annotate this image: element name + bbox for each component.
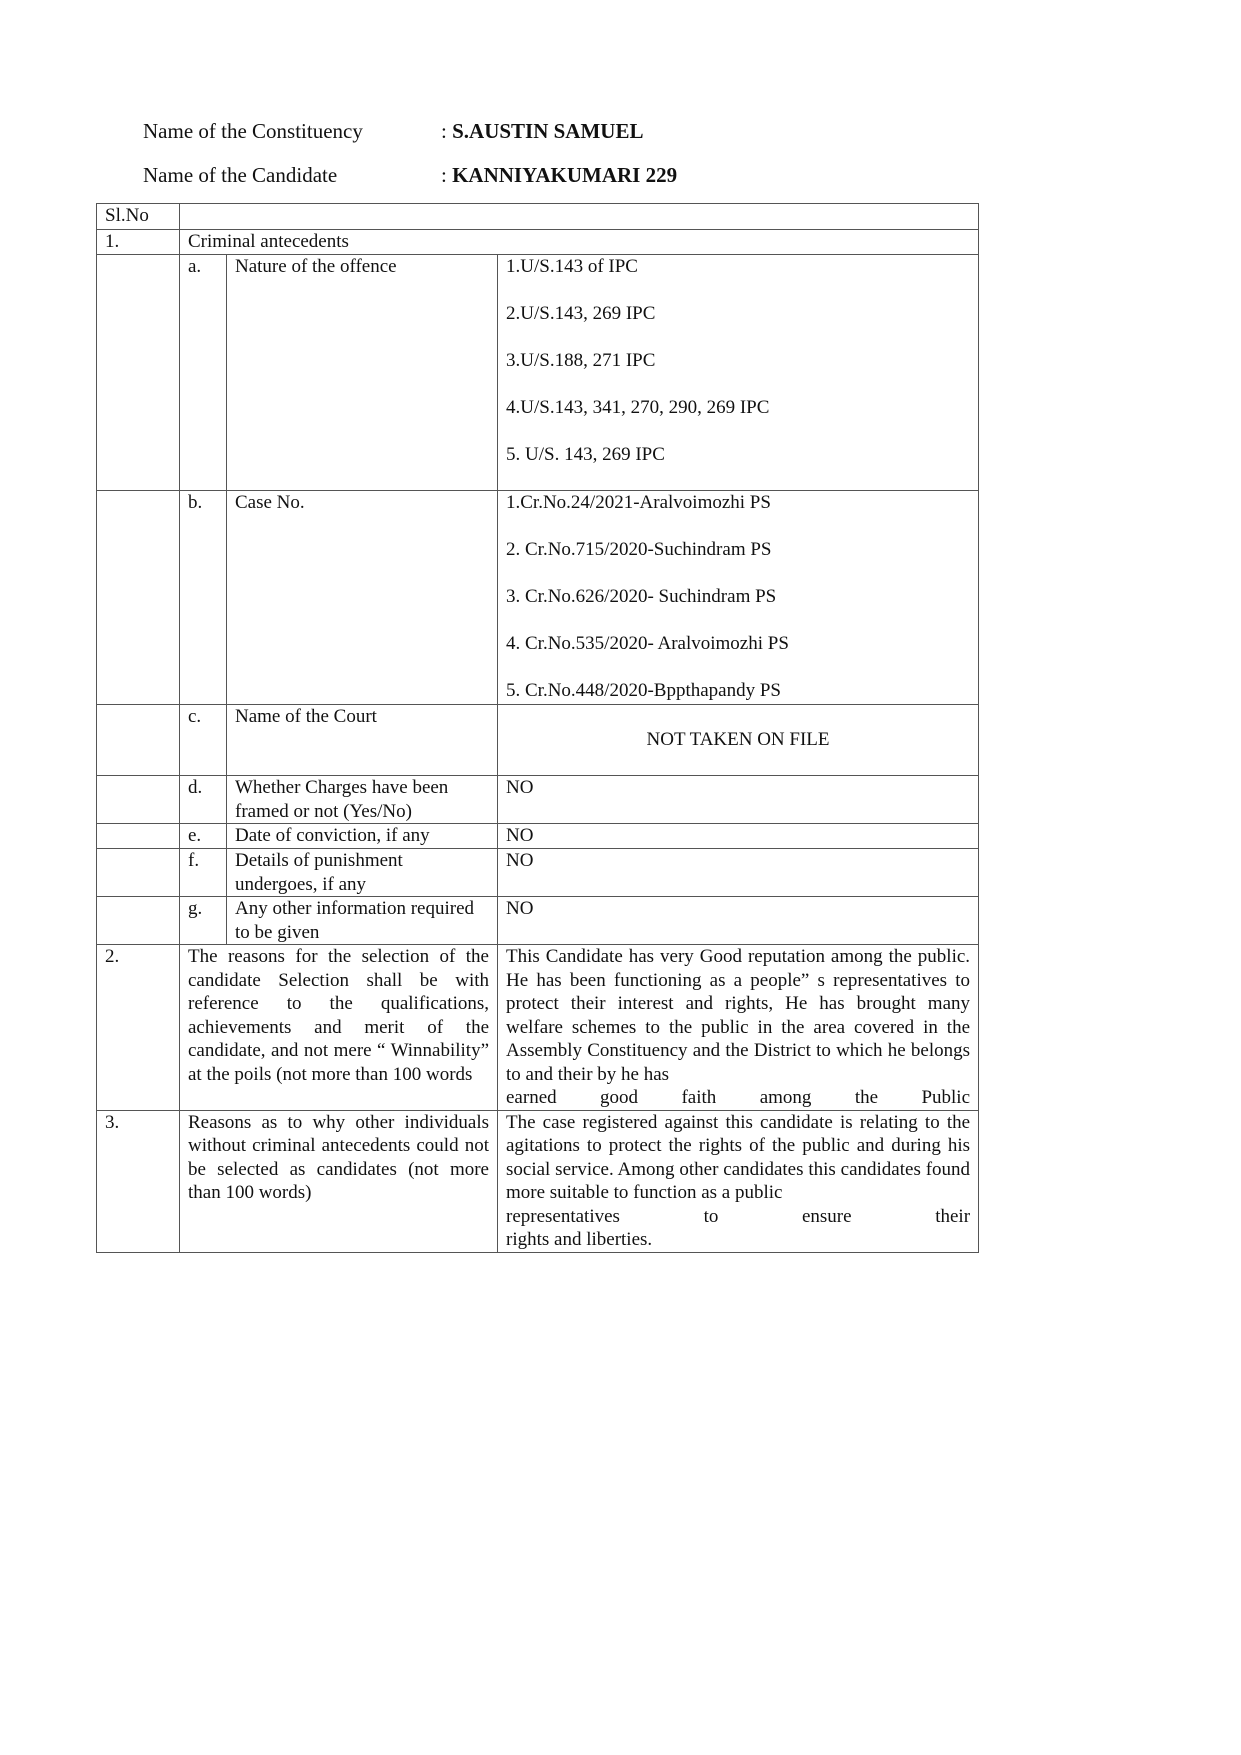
offence-list: 1.U/S.143 of IPC 2.U/S.143, 269 IPC 3.U/… xyxy=(498,255,979,491)
section3-answer-last-line: rights and liberties. xyxy=(506,1228,970,1252)
antecedents-table: Sl.No 1. Criminal antecedents a. Nature … xyxy=(96,203,979,1253)
item-label: Date of conviction, if any xyxy=(227,824,498,849)
section2-answer-last-line: earned good faith among the Public xyxy=(506,1086,970,1110)
item-value: NO xyxy=(498,897,979,945)
table-row: g. Any other information required to be … xyxy=(97,897,979,945)
section1-number: 1. xyxy=(97,230,180,255)
list-item: 4.U/S.143, 341, 270, 290, 269 IPC xyxy=(506,396,970,420)
list-item: 5. Cr.No.448/2020-Bppthapandy PS xyxy=(506,679,970,703)
list-item: 4. Cr.No.535/2020- Aralvoimozhi PS xyxy=(506,632,970,656)
case-list: 1.Cr.No.24/2021-Aralvoimozhi PS 2. Cr.No… xyxy=(498,491,979,705)
slno-header: Sl.No xyxy=(97,204,180,230)
item-label: Any other information required to be giv… xyxy=(227,897,498,945)
table-row: f. Details of punishment undergoes, if a… xyxy=(97,849,979,897)
table-row: d. Whether Charges have been framed or n… xyxy=(97,776,979,824)
list-item: 2. Cr.No.715/2020-Suchindram PS xyxy=(506,538,970,562)
table-row: e. Date of conviction, if any NO xyxy=(97,824,979,849)
section3-answer-text: The case registered against this candida… xyxy=(506,1111,970,1205)
court-value: NOT TAKEN ON FILE xyxy=(498,705,979,776)
candidate-value: : KANNIYAKUMARI 229 xyxy=(441,163,677,187)
item-letter: c. xyxy=(180,705,227,776)
section1-title: Criminal antecedents xyxy=(180,230,979,255)
section2-question: The reasons for the selection of the can… xyxy=(180,945,498,1111)
list-item: 1.U/S.143 of IPC xyxy=(506,255,970,279)
table-header-row: Sl.No xyxy=(97,204,979,230)
section1-row: 1. Criminal antecedents xyxy=(97,230,979,255)
item-value: NO xyxy=(498,824,979,849)
item-letter: a. xyxy=(180,255,227,491)
section3-answer: The case registered against this candida… xyxy=(498,1110,979,1252)
item-letter: g. xyxy=(180,897,227,945)
item-label: Whether Charges have been framed or not … xyxy=(227,776,498,824)
item-value: NO xyxy=(498,849,979,897)
item-label: Nature of the offence xyxy=(227,255,498,491)
item-letter: d. xyxy=(180,776,227,824)
section3-row: 3. Reasons as to why other individuals w… xyxy=(97,1110,979,1252)
section2-number: 2. xyxy=(97,945,180,1111)
item-letter: b. xyxy=(180,491,227,705)
table-row: a. Nature of the offence 1.U/S.143 of IP… xyxy=(97,255,979,491)
constituency-label: Name of the Constituency xyxy=(143,119,363,143)
table-row: b. Case No. 1.Cr.No.24/2021-Aralvoimozhi… xyxy=(97,491,979,705)
constituency-value: : S.AUSTIN SAMUEL xyxy=(441,119,643,143)
section3-answer-spread-line: representatives to ensure their xyxy=(506,1205,970,1229)
list-item: 3.U/S.188, 271 IPC xyxy=(506,349,970,373)
list-item: 5. U/S. 143, 269 IPC xyxy=(506,443,970,467)
section2-answer-text: This Candidate has very Good reputation … xyxy=(506,945,970,1086)
item-label: Details of punishment undergoes, if any xyxy=(227,849,498,897)
candidate-label: Name of the Candidate xyxy=(143,163,337,187)
section3-question: Reasons as to why other individuals with… xyxy=(180,1110,498,1252)
header-blank xyxy=(180,204,979,230)
section3-number: 3. xyxy=(97,1110,180,1252)
item-value: NO xyxy=(498,776,979,824)
item-label: Case No. xyxy=(227,491,498,705)
section2-answer: This Candidate has very Good reputation … xyxy=(498,945,979,1111)
item-label: Name of the Court xyxy=(227,705,498,776)
item-letter: f. xyxy=(180,849,227,897)
item-letter: e. xyxy=(180,824,227,849)
table-row: c. Name of the Court NOT TAKEN ON FILE xyxy=(97,705,979,776)
list-item: 2.U/S.143, 269 IPC xyxy=(506,302,970,326)
list-item: 3. Cr.No.626/2020- Suchindram PS xyxy=(506,585,970,609)
list-item: 1.Cr.No.24/2021-Aralvoimozhi PS xyxy=(506,491,970,515)
section2-row: 2. The reasons for the selection of the … xyxy=(97,945,979,1111)
